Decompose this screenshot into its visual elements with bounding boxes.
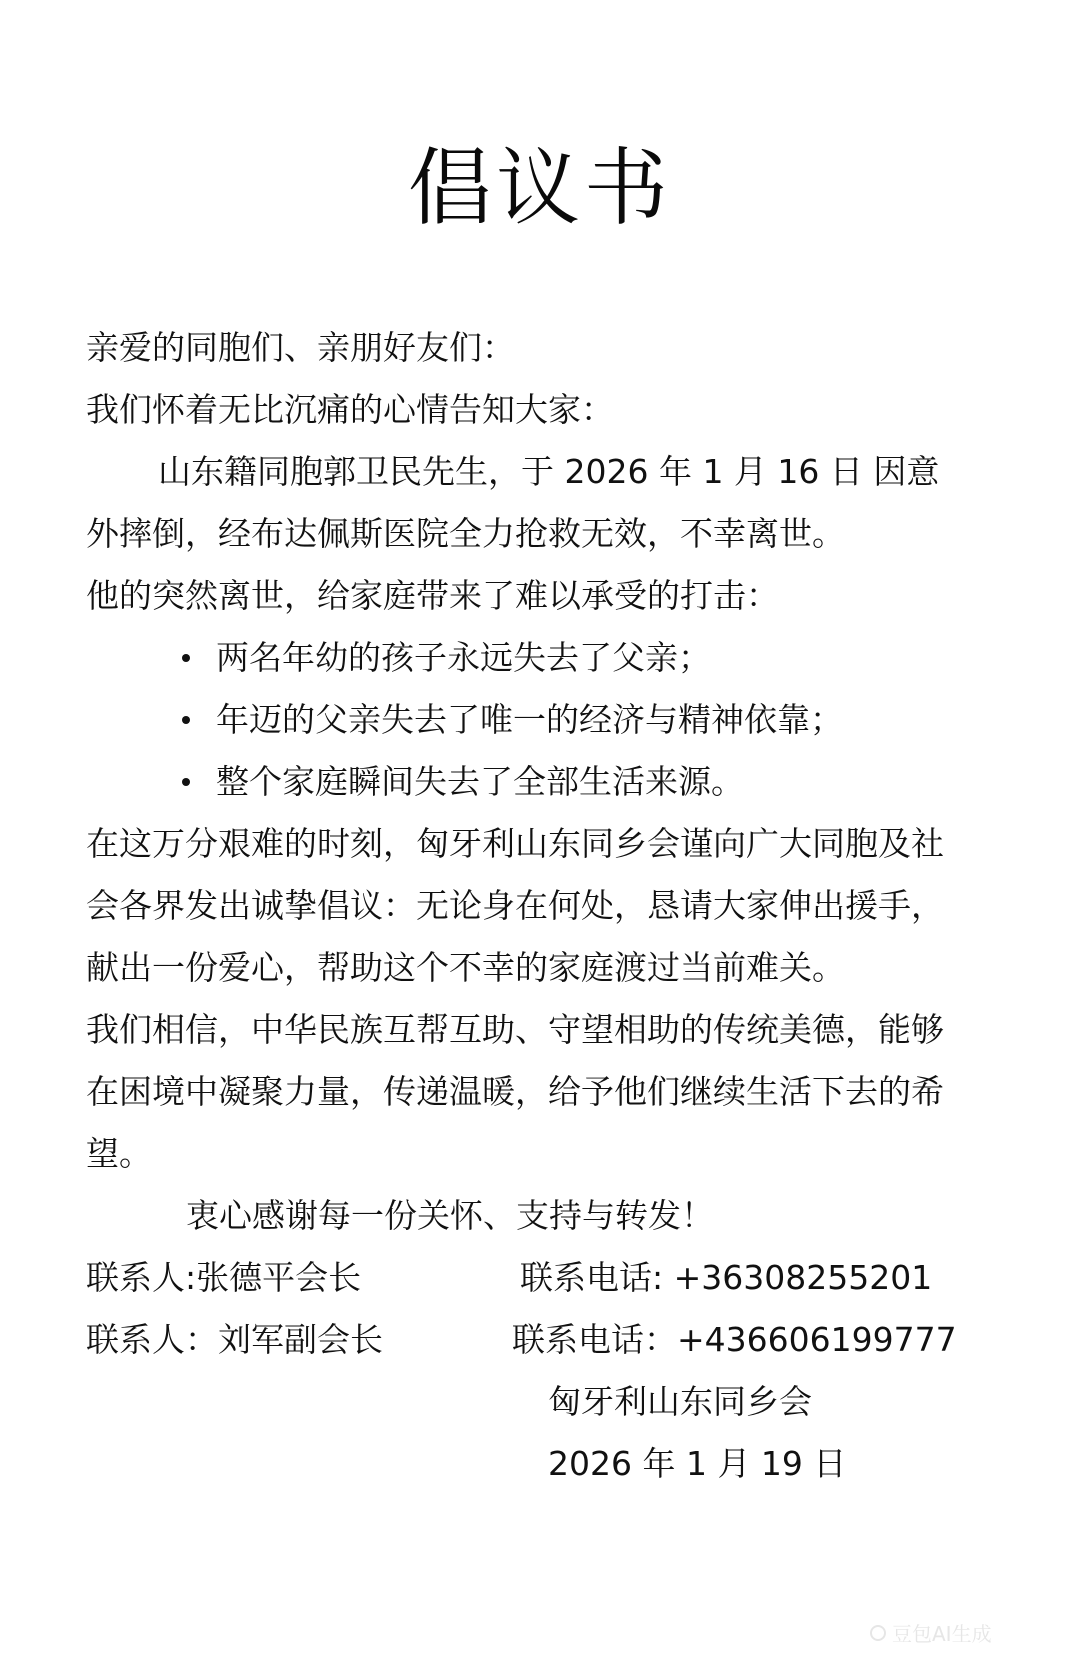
bullet-item: 整个家庭瞬间失去了全部生活来源。 bbox=[182, 760, 744, 804]
appeal-line-2: 会各界发出诚挚倡议：无论身在何处，恳请大家伸出援手， bbox=[86, 884, 944, 928]
bullet-icon bbox=[182, 716, 190, 724]
watermark-text: 豆包AI生成 bbox=[892, 1618, 992, 1647]
paragraph1-line-2: 外摔倒，经布达佩斯医院全力抢救无效，不幸离世。 bbox=[86, 512, 845, 556]
impact-intro: 他的突然离世，给家庭带来了难以承受的打击： bbox=[86, 574, 779, 618]
contact-person-1: 联系人:张德平会长 bbox=[86, 1256, 361, 1300]
contact-person-2: 联系人：刘军副会长 bbox=[86, 1318, 383, 1362]
salutation: 亲爱的同胞们、亲朋好友们： bbox=[86, 326, 515, 370]
belief-line-1: 我们相信，中华民族互帮互助、守望相助的传统美德，能够 bbox=[86, 1008, 944, 1052]
signature-date: 2026 年 1 月 19 日 bbox=[548, 1442, 846, 1486]
bullet-icon bbox=[182, 654, 190, 662]
document-page: 倡议书 亲爱的同胞们、亲朋好友们： 我们怀着无比沉痛的心情告知大家： 山东籍同胞… bbox=[0, 0, 1080, 1671]
document-title: 倡议书 bbox=[0, 138, 1080, 238]
contact-phone-1: 联系电话: +36308255201 bbox=[520, 1256, 932, 1300]
appeal-line-3: 献出一份爱心，帮助这个不幸的家庭渡过当前难关。 bbox=[86, 946, 845, 990]
bullet-icon bbox=[182, 778, 190, 786]
paragraph1-line-1: 山东籍同胞郭卫民先生，于 2026 年 1 月 16 日 因意 bbox=[158, 450, 939, 494]
intro-line: 我们怀着无比沉痛的心情告知大家： bbox=[86, 388, 614, 432]
belief-line-2: 在困境中凝聚力量，传递温暖，给予他们继续生活下去的希 bbox=[86, 1070, 944, 1114]
belief-line-3: 望。 bbox=[86, 1132, 152, 1176]
appeal-line-1: 在这万分艰难的时刻，匈牙利山东同乡会谨向广大同胞及社 bbox=[86, 822, 944, 866]
bullet-item: 年迈的父亲失去了唯一的经济与精神依靠； bbox=[182, 698, 843, 742]
signature-organization: 匈牙利山东同乡会 bbox=[548, 1380, 812, 1424]
watermark: 豆包AI生成 bbox=[870, 1618, 992, 1647]
bullet-item: 两名年幼的孩子永远失去了父亲； bbox=[182, 636, 711, 680]
watermark-logo-icon bbox=[870, 1625, 886, 1641]
thanks-line: 衷心感谢每一份关怀、支持与转发！ bbox=[186, 1194, 714, 1238]
bullet-text: 年迈的父亲失去了唯一的经济与精神依靠； bbox=[216, 698, 843, 742]
contact-phone-2: 联系电话：+436606199777 bbox=[512, 1318, 957, 1362]
bullet-text: 两名年幼的孩子永远失去了父亲； bbox=[216, 636, 711, 680]
bullet-text: 整个家庭瞬间失去了全部生活来源。 bbox=[216, 760, 744, 804]
